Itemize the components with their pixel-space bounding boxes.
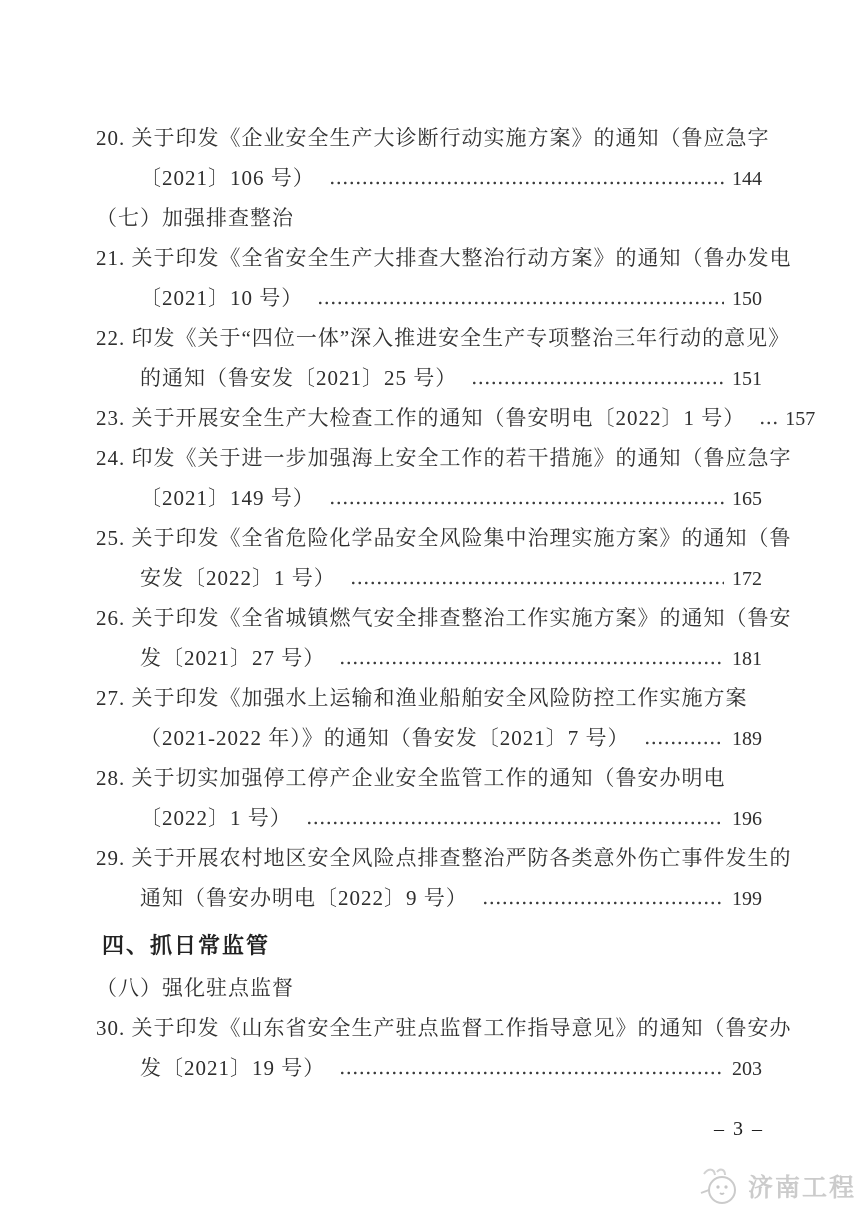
toc-entry-line: 26. 关于印发《全省城镇燃气安全排查整治工作实施方案》的通知（鲁安: [96, 598, 762, 638]
toc-entry-text: 发〔2021〕27 号）: [140, 638, 325, 678]
toc-entry-text: （2021-2022 年）》的通知（鲁安发〔2021〕7 号）: [140, 718, 630, 758]
dot-leader: [482, 878, 724, 918]
toc-subsection-heading: （七）加强排查整治: [96, 198, 762, 238]
toc-entry-text: 安发〔2022〕1 号）: [140, 558, 336, 598]
toc-entry-text: 通知（鲁安办明电〔2022〕9 号）: [140, 878, 468, 918]
toc-entry-text: 30. 关于印发《山东省安全生产驻点监督工作指导意见》的通知（鲁安办: [96, 1008, 792, 1048]
toc-entry: 24. 印发《关于进一步加强海上安全工作的若干措施》的通知（鲁应急字〔2021〕…: [96, 438, 762, 518]
toc-entry-line: 通知（鲁安办明电〔2022〕9 号）199: [96, 878, 762, 918]
toc-entry: 28. 关于切实加强停工停产企业安全监管工作的通知（鲁安办明电〔2022〕1 号…: [96, 758, 762, 838]
toc-subsection-heading: （八）强化驻点监督: [96, 968, 762, 1008]
dot-leader: [350, 558, 724, 598]
toc-page-ref: 150: [732, 279, 762, 319]
toc-entry-text: 发〔2021〕19 号）: [140, 1048, 325, 1088]
toc-entry: 25. 关于印发《全省危险化学品安全风险集中治理实施方案》的通知（鲁安发〔202…: [96, 518, 762, 598]
toc-entry-line: 23. 关于开展安全生产大检查工作的通知（鲁安明电〔2022〕1 号）157: [96, 398, 762, 438]
toc-entry-text: 〔2021〕10 号）: [140, 278, 303, 318]
toc-entry-line: 〔2021〕10 号）150: [96, 278, 762, 318]
toc-entry-text: 23. 关于开展安全生产大检查工作的通知（鲁安明电〔2022〕1 号）: [96, 398, 745, 438]
watermark-text: 济南工程: [748, 1168, 856, 1204]
toc-page-ref: 165: [732, 479, 762, 519]
toc-entry-line: 发〔2021〕27 号）181: [96, 638, 762, 678]
toc-entry-line: 〔2021〕149 号）165: [96, 478, 762, 518]
toc-entry-line: 〔2022〕1 号）196: [96, 798, 762, 838]
toc-entry-line: 安发〔2022〕1 号）172: [96, 558, 762, 598]
toc-entry-line: 29. 关于开展农村地区安全风险点排查整治严防各类意外伤亡事件发生的: [96, 838, 762, 878]
toc-entry: 26. 关于印发《全省城镇燃气安全排查整治工作实施方案》的通知（鲁安发〔2021…: [96, 598, 762, 678]
toc-entry: 21. 关于印发《全省安全生产大排查大整治行动方案》的通知（鲁办发电〔2021〕…: [96, 238, 762, 318]
toc-entry-line: 21. 关于印发《全省安全生产大排查大整治行动方案》的通知（鲁办发电: [96, 238, 762, 278]
toc-entry-text: 〔2021〕149 号）: [140, 478, 315, 518]
toc-entry: 27. 关于印发《加强水上运输和渔业船舶安全风险防控工作实施方案（2021-20…: [96, 678, 762, 758]
toc-entry-text: 26. 关于印发《全省城镇燃气安全排查整治工作实施方案》的通知（鲁安: [96, 598, 792, 638]
toc-entry: 30. 关于印发《山东省安全生产驻点监督工作指导意见》的通知（鲁安办发〔2021…: [96, 1008, 762, 1088]
toc-entry-line: 的通知（鲁安发〔2021〕25 号）151: [96, 358, 762, 398]
toc-entry: 22. 印发《关于“四位一体”深入推进安全生产专项整治三年行动的意见》的通知（鲁…: [96, 318, 762, 398]
toc-entry-text: 25. 关于印发《全省危险化学品安全风险集中治理实施方案》的通知（鲁: [96, 518, 792, 558]
toc-page-ref: 199: [732, 879, 762, 919]
dot-leader: [471, 358, 724, 398]
toc-entry-text: 〔2022〕1 号）: [140, 798, 292, 838]
toc-entry-line: 〔2021〕106 号）144: [96, 158, 762, 198]
toc-entry-line: 30. 关于印发《山东省安全生产驻点监督工作指导意见》的通知（鲁安办: [96, 1008, 762, 1048]
table-of-contents: 20. 关于印发《企业安全生产大诊断行动实施方案》的通知（鲁应急字〔2021〕1…: [96, 118, 762, 1088]
dot-leader: [759, 398, 777, 438]
toc-page-ref: 172: [732, 559, 762, 599]
toc-entry-text: 29. 关于开展农村地区安全风险点排查整治严防各类意外伤亡事件发生的: [96, 838, 792, 878]
dot-leader: [317, 278, 724, 318]
jinan-gongcheng-logo-icon: [698, 1166, 742, 1206]
toc-entry-line: 22. 印发《关于“四位一体”深入推进安全生产专项整治三年行动的意见》: [96, 318, 762, 358]
toc-entry-line: 25. 关于印发《全省危险化学品安全风险集中治理实施方案》的通知（鲁: [96, 518, 762, 558]
toc-entry-line: 27. 关于印发《加强水上运输和渔业船舶安全风险防控工作实施方案: [96, 678, 762, 718]
toc-page-ref: 157: [785, 399, 815, 439]
toc-entry-text: 22. 印发《关于“四位一体”深入推进安全生产专项整治三年行动的意见》: [96, 318, 790, 358]
toc-chapter-heading: 四、抓日常监管: [96, 924, 762, 968]
toc-page-ref: 189: [732, 719, 762, 759]
toc-entry-line: 28. 关于切实加强停工停产企业安全监管工作的通知（鲁安办明电: [96, 758, 762, 798]
toc-entry-line: 发〔2021〕19 号）203: [96, 1048, 762, 1088]
toc-entry-line: 20. 关于印发《企业安全生产大诊断行动实施方案》的通知（鲁应急字: [96, 118, 762, 158]
page-number: – 3 –: [714, 1118, 764, 1141]
dot-leader: [306, 798, 724, 838]
dot-leader: [339, 1048, 724, 1088]
toc-page-ref: 196: [732, 799, 762, 839]
toc-entry-line: （2021-2022 年）》的通知（鲁安发〔2021〕7 号）189: [96, 718, 762, 758]
toc-entry: 23. 关于开展安全生产大检查工作的通知（鲁安明电〔2022〕1 号）157: [96, 398, 762, 438]
dot-leader: [329, 158, 724, 198]
toc-entry-line: 24. 印发《关于进一步加强海上安全工作的若干措施》的通知（鲁应急字: [96, 438, 762, 478]
toc-page-ref: 203: [732, 1049, 762, 1089]
toc-entry-text: 21. 关于印发《全省安全生产大排查大整治行动方案》的通知（鲁办发电: [96, 238, 792, 278]
dot-leader: [339, 638, 724, 678]
toc-page-ref: 151: [732, 359, 762, 399]
toc-entry-text: 〔2021〕106 号）: [140, 158, 315, 198]
toc-entry: 29. 关于开展农村地区安全风险点排查整治严防各类意外伤亡事件发生的通知（鲁安办…: [96, 838, 762, 918]
dot-leader: [329, 478, 724, 518]
toc-entry-text: 的通知（鲁安发〔2021〕25 号）: [140, 358, 457, 398]
toc-entry-text: 27. 关于印发《加强水上运输和渔业船舶安全风险防控工作实施方案: [96, 678, 748, 718]
watermark: 济南工程: [698, 1166, 856, 1206]
toc-entry-text: 20. 关于印发《企业安全生产大诊断行动实施方案》的通知（鲁应急字: [96, 118, 770, 158]
dot-leader: [644, 718, 725, 758]
toc-page-ref: 144: [732, 159, 762, 199]
toc-entry-text: 28. 关于切实加强停工停产企业安全监管工作的通知（鲁安办明电: [96, 758, 726, 798]
toc-entry: 20. 关于印发《企业安全生产大诊断行动实施方案》的通知（鲁应急字〔2021〕1…: [96, 118, 762, 198]
toc-page-ref: 181: [732, 639, 762, 679]
toc-entry-text: 24. 印发《关于进一步加强海上安全工作的若干措施》的通知（鲁应急字: [96, 438, 792, 478]
document-page: 20. 关于印发《企业安全生产大诊断行动实施方案》的通知（鲁应急字〔2021〕1…: [0, 0, 856, 1225]
